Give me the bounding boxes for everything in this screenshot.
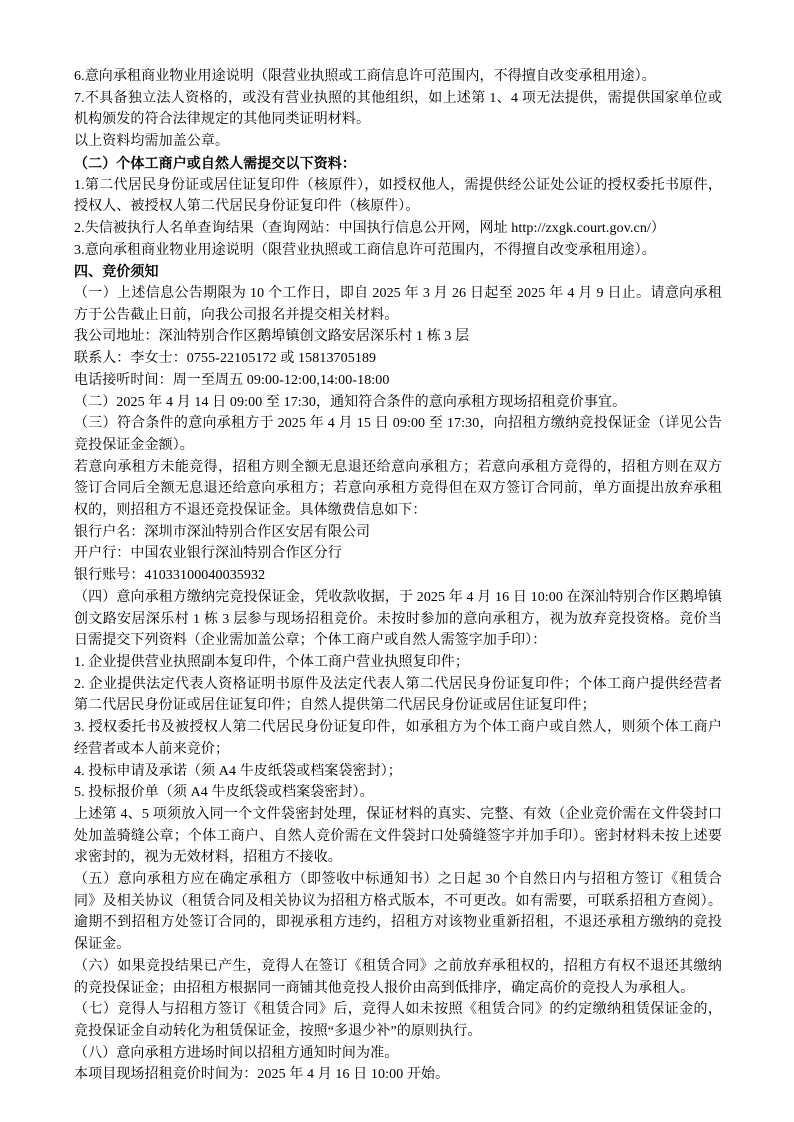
paragraph: 3.意向承租商业物业用途说明（限营业执照或工商信息许可范围内，不得擅自改变承租用… (74, 240, 722, 262)
document-page: 6.意向承租商业物业用途说明（限营业执照或工商信息许可范围内，不得擅自改变承租用… (0, 0, 794, 1122)
paragraph: 4. 投标申请及承诺（须 A4 牛皮纸袋或档案袋密封）； (74, 761, 722, 783)
paragraph: （六）如果竞投结果已产生，竞得人在签订《租赁合同》之前放弃承租权的，招租方有权不… (74, 956, 722, 999)
paragraph: 我公司地址：深汕特别合作区鹅埠镇创文路安居深乐村 1 栋 3 层 (74, 326, 722, 348)
paragraph: 1. 企业提供营业执照副本复印件，个体工商户营业执照复印件； (74, 652, 722, 674)
paragraph: （二）2025 年 4 月 14 日 09:00 至 17:30，通知符合条件的… (74, 392, 722, 414)
paragraph: 6.意向承租商业物业用途说明（限营业执照或工商信息许可范围内，不得擅自改变承租用… (74, 66, 722, 88)
paragraph: （四）意向承租方缴纳完竞投保证金，凭收款收据，于 2025 年 4 月 16 日… (74, 587, 722, 652)
section-heading: 四、竞价须知 (74, 261, 722, 283)
paragraph: 2. 企业提供法定代表人资格证明书原件及法定代表人第二代居民身份证复印件；个体工… (74, 674, 722, 717)
paragraph: 联系人：李女士：0755-22105172 或 15813705189 (74, 348, 722, 370)
document-body: 6.意向承租商业物业用途说明（限营业执照或工商信息许可范围内，不得擅自改变承租用… (74, 66, 722, 1086)
paragraph: （五）意向承租方应在确定承租方（即签收中标通知书）之日起 30 个自然日内与招租… (74, 869, 722, 956)
paragraph: 若意向承租方未能竞得，招租方则全额无息退还给意向承租方；若意向承租方竞得的，招租… (74, 457, 722, 522)
paragraph: 开户行：中国农业银行深汕特别合作区分行 (74, 543, 722, 565)
paragraph: 5. 投标报价单（须 A4 牛皮纸袋或档案袋密封）。 (74, 782, 722, 804)
paragraph: 3. 授权委托书及被授权人第二代居民身份证复印件，如承租方为个体工商户或自然人，… (74, 717, 722, 760)
paragraph: （三）符合条件的意向承租方于 2025 年 4 月 15 日 09:00 至 1… (74, 413, 722, 456)
paragraph: 本项目现场招租竞价时间为：2025 年 4 月 16 日 10:00 开始。 (74, 1064, 722, 1086)
paragraph: 电话接听时间：周一至周五 09:00-12:00,14:00-18:00 (74, 370, 722, 392)
paragraph: 1.第二代居民身份证或居住证复印件（核原件），如授权他人，需提供经公证处公证的授… (74, 175, 722, 218)
paragraph: （七）竞得人与招租方签订《租赁合同》后，竞得人如未按照《租赁合同》的约定缴纳租赁… (74, 999, 722, 1042)
paragraph: 银行账号：41033100040035932 (74, 565, 722, 587)
paragraph: 以上资料均需加盖公章。 (74, 131, 722, 153)
paragraph: （八）意向承租方进场时间以招租方通知时间为准。 (74, 1043, 722, 1065)
paragraph: 7.不具备独立法人资格的，或没有营业执照的其他组织，如上述第 1、4 项无法提供… (74, 88, 722, 131)
section-heading: （二）个体工商户或自然人需提交以下资料： (74, 153, 722, 175)
paragraph: 银行户名：深圳市深汕特别合作区安居有限公司 (74, 522, 722, 544)
paragraph: 2.失信被执行人名单查询结果（查询网站：中国执行信息公开网，网址 http://… (74, 218, 722, 240)
paragraph: 上述第 4、5 项须放入同一个文件袋密封处理，保证材料的真实、完整、有效（企业竞… (74, 804, 722, 869)
paragraph: （一）上述信息公告期限为 10 个工作日，即自 2025 年 3 月 26 日起… (74, 283, 722, 326)
